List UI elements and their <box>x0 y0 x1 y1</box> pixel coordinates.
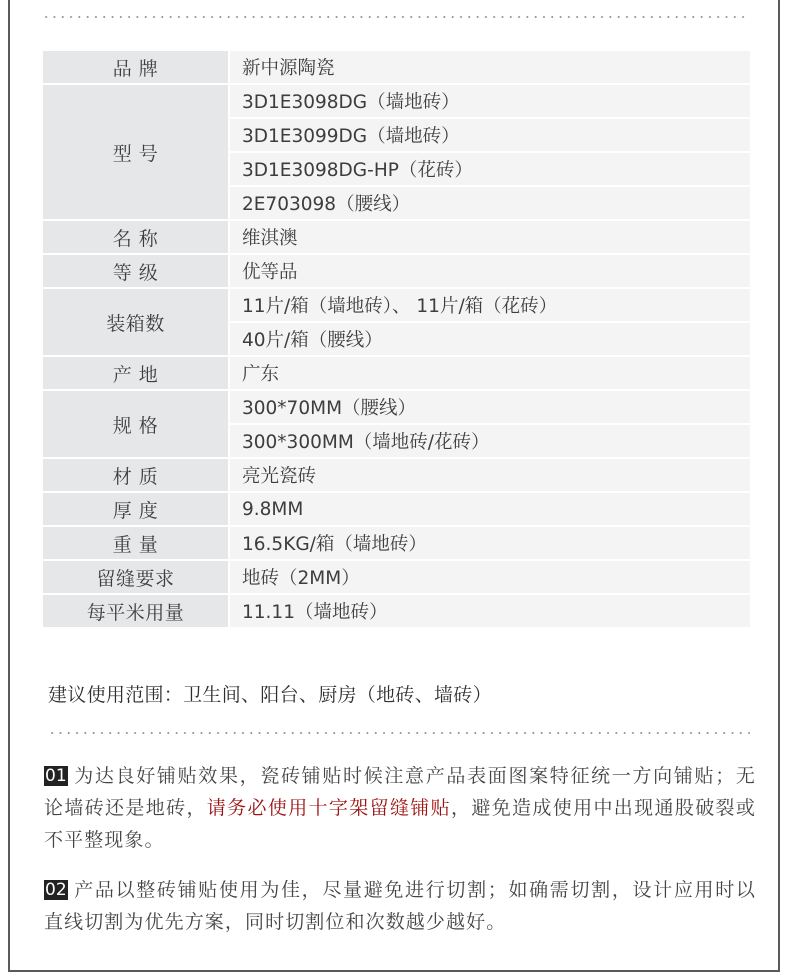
spec-row-box-quantity: 装箱数 11片/箱（墙地砖）、 11片/箱（花砖） 40片/箱（腰线） <box>43 289 750 355</box>
note-text: 产品以整砖铺贴使用为佳，尽量避免进行切割；如确需切割，设计应用时以直线切割为优先… <box>44 879 756 933</box>
spec-value: 300*300MM（墙地砖/花砖） <box>230 425 750 457</box>
note-number-badge: 01 <box>44 766 68 786</box>
installation-note-01: 01为达良好铺贴效果，瓷砖铺贴时候注意产品表面图案特征统一方向铺贴；无论墙砖还是… <box>44 760 756 856</box>
spec-value: 9.8MM <box>230 493 750 525</box>
spec-label: 厚 度 <box>43 493 228 525</box>
spec-table: 品 牌 新中源陶瓷 型 号 3D1E3098DG（墙地砖） 3D1E3099DG… <box>43 51 750 629</box>
spec-value: 3D1E3098DG-HP（花砖） <box>230 153 750 185</box>
spec-value: 11片/箱（墙地砖）、 11片/箱（花砖） <box>230 289 750 321</box>
spec-label: 留缝要求 <box>43 561 228 593</box>
spec-value: 优等品 <box>230 255 750 287</box>
spec-value: 维淇澳 <box>230 221 750 253</box>
spec-row-origin: 产 地 广东 <box>43 357 750 389</box>
spec-value: 40片/箱（腰线） <box>230 323 750 355</box>
spec-label: 每平米用量 <box>43 595 228 627</box>
spec-label: 装箱数 <box>43 289 228 355</box>
spec-value: 广东 <box>230 357 750 389</box>
spec-row-model: 型 号 3D1E3098DG（墙地砖） 3D1E3099DG（墙地砖） 3D1E… <box>43 85 750 219</box>
spec-row-thickness: 厚 度 9.8MM <box>43 493 750 525</box>
spec-row-joint-gap: 留缝要求 地砖（2MM） <box>43 561 750 593</box>
spec-value: 新中源陶瓷 <box>230 51 750 83</box>
spec-row-weight: 重 量 16.5KG/箱（墙地砖） <box>43 527 750 559</box>
spec-label: 品 牌 <box>43 51 228 83</box>
spec-row-grade: 等 级 优等品 <box>43 255 750 287</box>
usage-scope-text: 建议使用范围：卫生间、阳台、厨房（地砖、墙砖） <box>48 680 492 707</box>
installation-note-02: 02产品以整砖铺贴使用为佳，尽量避免进行切割；如确需切割，设计应用时以直线切割为… <box>44 874 756 938</box>
spec-row-usage-per-sqm: 每平米用量 11.11（墙地砖） <box>43 595 750 627</box>
spec-label: 产 地 <box>43 357 228 389</box>
spec-value: 3D1E3098DG（墙地砖） <box>230 85 750 117</box>
spec-value: 3D1E3099DG（墙地砖） <box>230 119 750 151</box>
spec-value: 2E703098（腰线） <box>230 187 750 219</box>
spec-label: 型 号 <box>43 85 228 219</box>
spec-value: 300*70MM（腰线） <box>230 391 750 423</box>
spec-row-size: 规 格 300*70MM（腰线） 300*300MM（墙地砖/花砖） <box>43 391 750 457</box>
spec-row-brand: 品 牌 新中源陶瓷 <box>43 51 750 83</box>
spec-label: 重 量 <box>43 527 228 559</box>
spec-label: 等 级 <box>43 255 228 287</box>
note-number-badge: 02 <box>44 880 68 900</box>
spec-value: 11.11（墙地砖） <box>230 595 750 627</box>
spec-value: 16.5KG/箱（墙地砖） <box>230 527 750 559</box>
spec-row-name: 名 称 维淇澳 <box>43 221 750 253</box>
dotted-divider-middle <box>48 732 750 734</box>
note-highlight-text: 请务必使用十字架留缝铺贴 <box>207 797 451 819</box>
spec-label: 规 格 <box>43 391 228 457</box>
spec-row-material: 材 质 亮光瓷砖 <box>43 459 750 491</box>
spec-label: 名 称 <box>43 221 228 253</box>
spec-value: 地砖（2MM） <box>230 561 750 593</box>
spec-value: 亮光瓷砖 <box>230 459 750 491</box>
spec-label: 材 质 <box>43 459 228 491</box>
dotted-divider-top <box>42 16 747 18</box>
